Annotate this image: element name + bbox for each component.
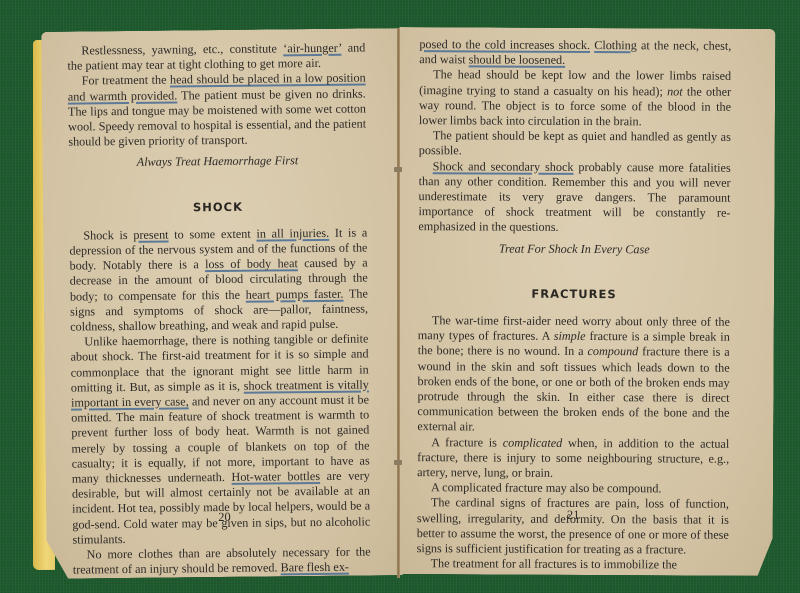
paragraph: A fracture is complicated when, in addit… — [417, 435, 729, 482]
paragraph: A complicated fracture may also be compo… — [417, 480, 729, 497]
paragraph: The head should be kept low and the lowe… — [419, 68, 731, 130]
paragraph: The patient should be kept as quiet and … — [419, 128, 731, 160]
motto: Treat For Shock In Every Case — [418, 241, 730, 258]
book-spine — [397, 28, 400, 578]
paragraph: The treatment for all fractures is to im… — [417, 556, 729, 573]
paragraph: No more clothes than are absolutely nece… — [73, 545, 371, 579]
page-number: 21 — [567, 508, 580, 523]
paragraph: The cardinal signs of fractures are pain… — [417, 496, 729, 558]
right-page-text: posed to the cold increases shock. Cloth… — [417, 37, 732, 573]
paragraph: Restlessness, yawning, etc., constitute … — [67, 40, 365, 74]
right-page: posed to the cold increases shock. Cloth… — [397, 27, 776, 576]
staple — [394, 460, 402, 465]
paragraph: The war-time first-aider need worry abou… — [417, 313, 730, 436]
motto: Always Treat Haemorrhage First — [68, 153, 366, 171]
staple — [394, 167, 402, 172]
underlined-text: ‘air-hunger’ — [283, 41, 341, 56]
paragraph: For treatment the head should be placed … — [68, 71, 367, 150]
section-heading-fractures: FRACTURES — [418, 286, 730, 303]
section-heading-shock: SHOCK — [69, 198, 367, 216]
paragraph: Shock is present to some extent in all i… — [69, 225, 368, 335]
page-number: 20 — [218, 510, 231, 525]
left-page: Restlessness, yawning, etc., constitute … — [41, 28, 403, 579]
left-page-text: Restlessness, yawning, etc., constitute … — [67, 40, 371, 578]
paragraph: posed to the cold increases shock. Cloth… — [419, 37, 731, 69]
paragraph: Shock and secondary shock probably cause… — [418, 159, 730, 237]
